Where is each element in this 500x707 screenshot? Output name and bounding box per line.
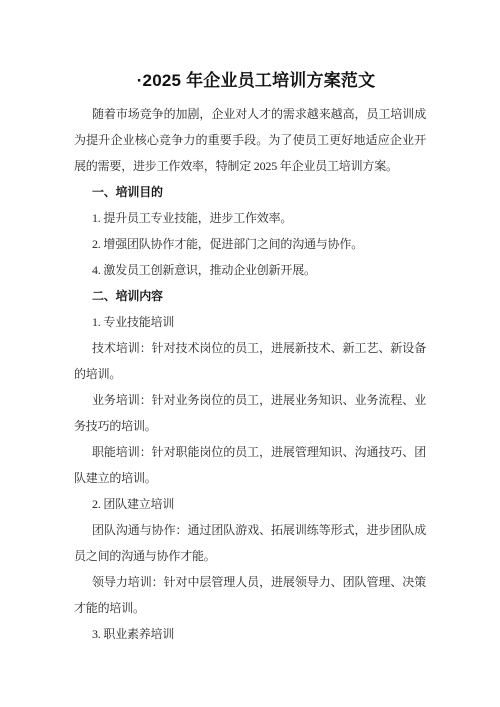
list-item: 2. 增强团队协作才能，促进部门之间的沟通与协作。: [74, 231, 426, 257]
section-heading-content: 二、培训内容: [74, 283, 426, 309]
doc-title: ·2025 年企业员工培训方案范文: [74, 68, 426, 94]
body-paragraph: 团队沟通与协作：通过团队游戏、拓展训练等形式，进步团队成员之间的沟通与协作才能。: [74, 517, 426, 569]
body-paragraph: 领导力培训：针对中层管理人员，进展领导力、团队管理、决策才能的培训。: [74, 569, 426, 621]
subsection-label-skills: 1. 专业技能培训: [74, 309, 426, 335]
body-paragraph: 业务培训：针对业务岗位的员工，进展业务知识、业务流程、业务技巧的培训。: [74, 387, 426, 439]
section-heading-purpose: 一、培训目的: [74, 179, 426, 205]
body-paragraph: 职能培训：针对职能岗位的员工，进展管理知识、沟通技巧、团队建立的培训。: [74, 439, 426, 491]
subsection-label-professionalism: 3. 职业素养培训: [74, 621, 426, 647]
list-item: 4. 激发员工创新意识，推动企业创新开展。: [74, 257, 426, 283]
subsection-label-team: 2. 团队建立培训: [74, 491, 426, 517]
list-item: 1. 提升员工专业技能，进步工作效率。: [74, 205, 426, 231]
document-page: ·2025 年企业员工培训方案范文 随着市场竞争的加剧，企业对人才的需求越来越高…: [0, 0, 500, 707]
intro-paragraph: 随着市场竞争的加剧，企业对人才的需求越来越高，员工培训成为提升企业核心竞争力的重…: [74, 101, 426, 179]
body-paragraph: 技术培训：针对技术岗位的员工，进展新技术、新工艺、新设备的培训。: [74, 335, 426, 387]
